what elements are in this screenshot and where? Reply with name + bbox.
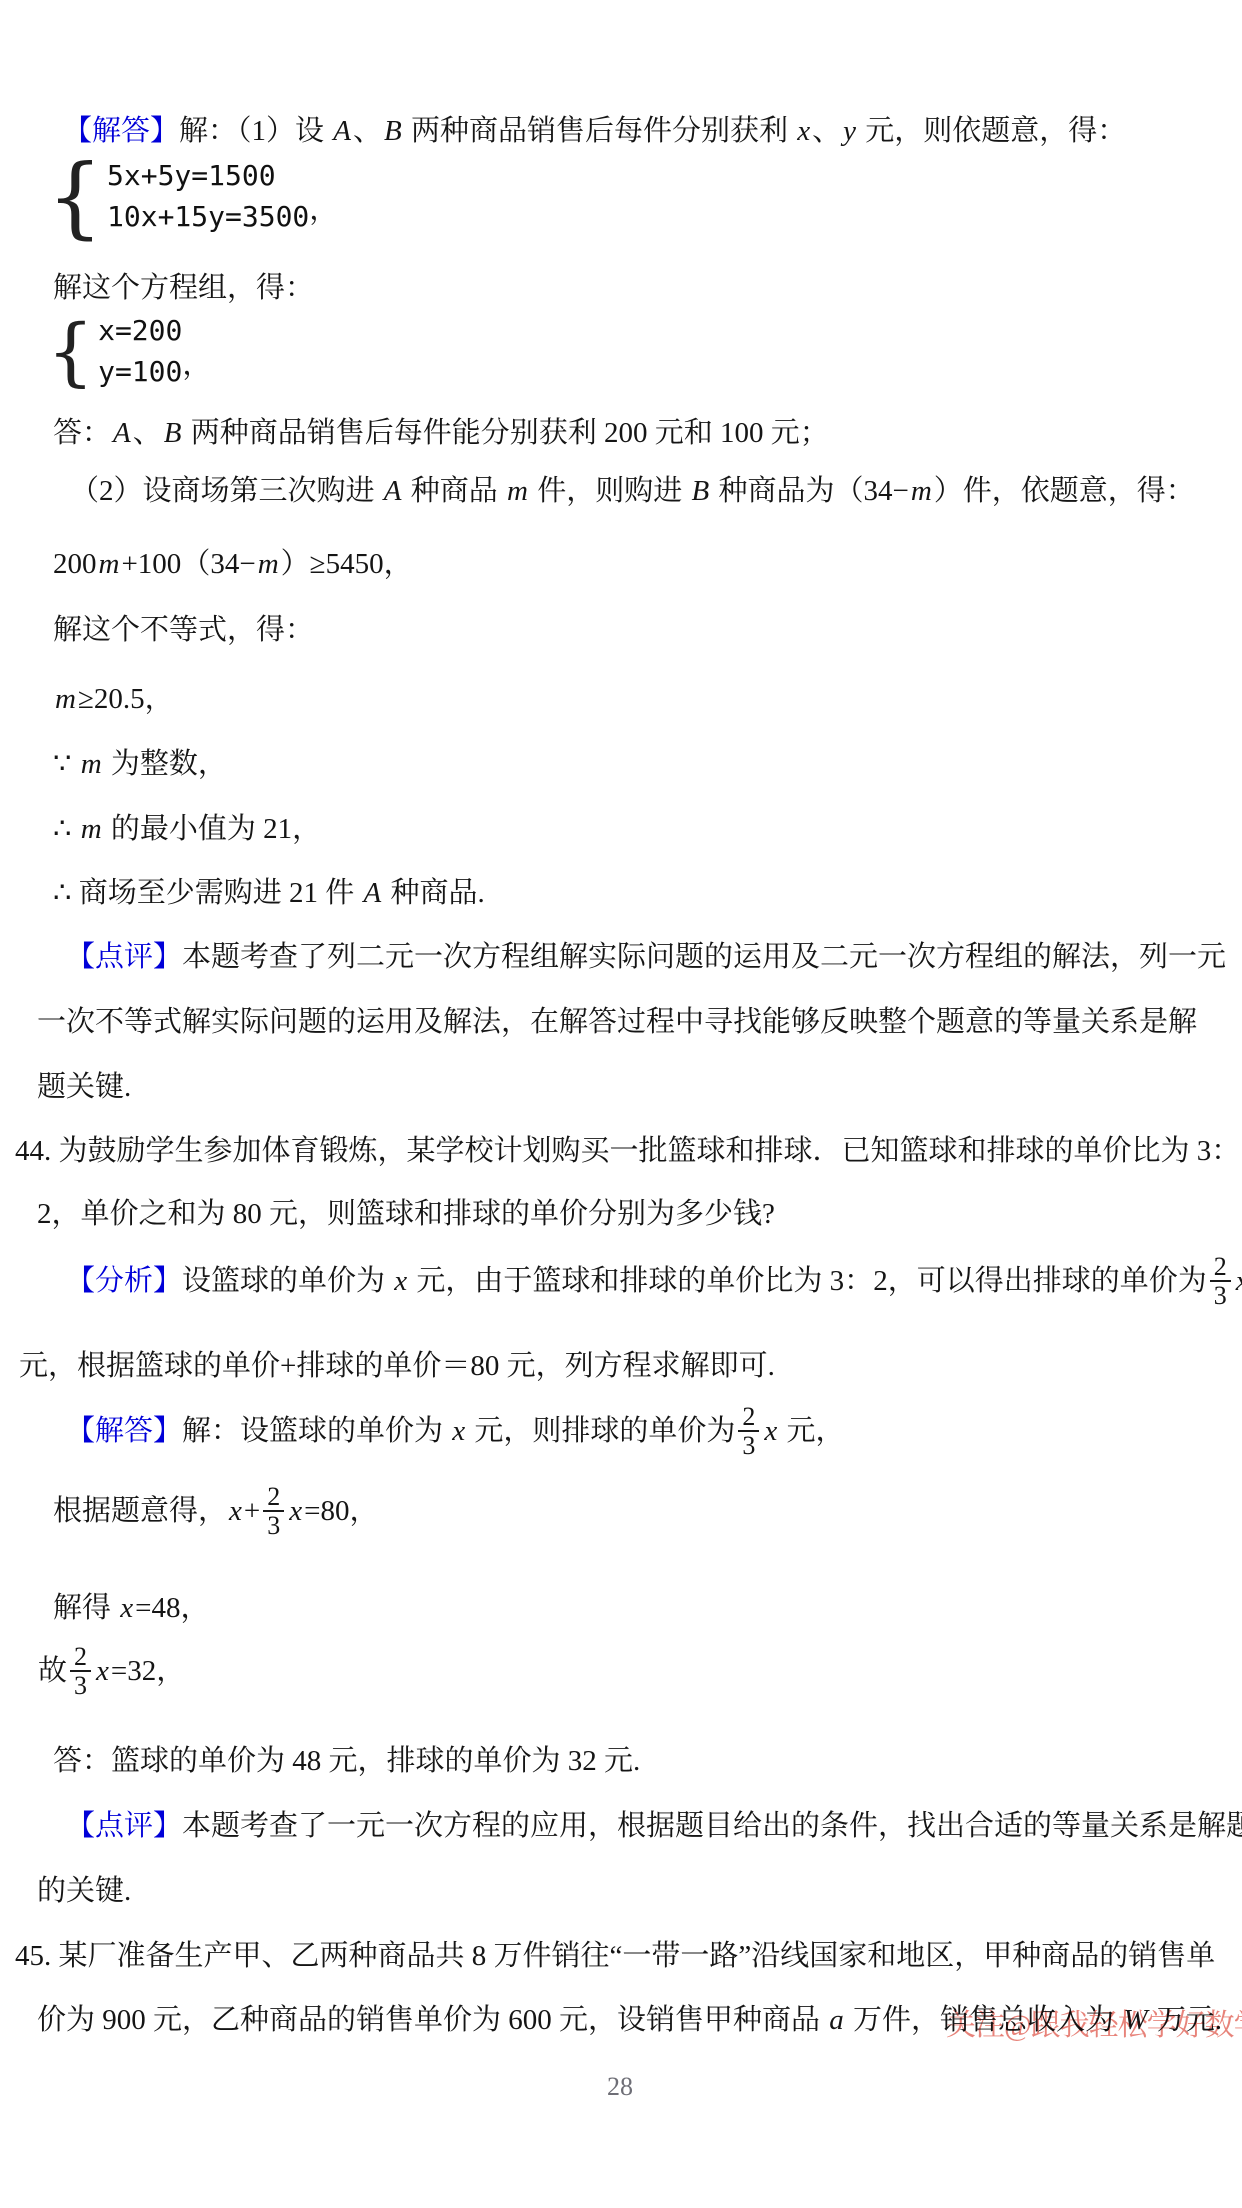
text-segment: 80 bbox=[470, 1348, 499, 1384]
doc-line-17: 2，单价之和为 80 元，则篮球和排球的单价分别为多少钱? bbox=[37, 1196, 775, 1232]
text-segment: ： bbox=[1211, 1133, 1240, 1169]
text-segment: 21 bbox=[263, 811, 292, 847]
text-segment: 本题考查了一元一次方程的应用，根据题目给出的条件，找出合适的等量关系是解题 bbox=[182, 1808, 1242, 1844]
text-segment: 32 bbox=[568, 1743, 597, 1779]
text-segment: 题关键. bbox=[37, 1069, 131, 1105]
math-variable: a bbox=[827, 2002, 846, 2038]
doc-line-18: 【分析】设篮球的单价为 x 元，由于篮球和排球的单价比为 3：2，可以得出排球的… bbox=[66, 1253, 1242, 1310]
section-label: 【点评】 bbox=[66, 939, 182, 975]
math-variable: x bbox=[94, 1653, 111, 1689]
math-variable: m bbox=[79, 746, 104, 782]
text-segment: 、 bbox=[133, 415, 162, 451]
text-segment: 21 bbox=[289, 875, 318, 911]
fraction: 23 bbox=[1210, 1253, 1231, 1310]
doc-line-2: {5x+5y=150010x+15y=3500， bbox=[47, 155, 338, 239]
system-tail: ， bbox=[182, 347, 211, 383]
text-segment: 34− bbox=[210, 546, 255, 582]
doc-line-25: 【点评】本题考查了一元一次方程的应用，根据题目给出的条件，找出合适的等量关系是解… bbox=[66, 1808, 1242, 1844]
text-segment: 元，则排球的单价为 bbox=[467, 1413, 735, 1449]
section-label: 【分析】 bbox=[66, 1263, 182, 1299]
text-segment: ） bbox=[281, 546, 310, 582]
text-segment: =32 bbox=[111, 1653, 156, 1689]
fraction-denominator: 3 bbox=[1210, 1280, 1231, 1309]
equation-row: y=100 bbox=[98, 356, 182, 388]
system-brace: { bbox=[47, 155, 103, 239]
text-segment: ，单价之和为 bbox=[52, 1196, 233, 1232]
text-segment: ≥5450 bbox=[310, 546, 384, 582]
text-segment: ∴ bbox=[53, 811, 79, 847]
text-segment: 2 bbox=[37, 1196, 52, 1232]
text-segment: 解：设篮球的单价为 bbox=[182, 1413, 450, 1449]
fraction: 23 bbox=[263, 1483, 284, 1540]
doc-line-14: 一次不等式解实际问题的运用及解法，在解答过程中寻找能够反映整个题意的等量关系是解 bbox=[37, 1004, 1197, 1040]
text-segment: 根据题意得， bbox=[53, 1493, 227, 1529]
text-segment: 两种商品销售后每件能分别获利 bbox=[183, 415, 604, 451]
text-segment: 万件销往“一带一路”沿线国家和地区，甲种商品的销售单 bbox=[486, 1938, 1215, 1974]
doc-line-19: 元，根据篮球的单价+排球的单价＝80 元，列方程求解即可. bbox=[19, 1348, 775, 1384]
text-segment: 元，根据篮球的单价+排球的单价＝ bbox=[19, 1348, 470, 1384]
text-segment: ≥20.5 bbox=[78, 681, 145, 717]
math-variable: x bbox=[1234, 1263, 1242, 1299]
text-segment: 元， bbox=[779, 1413, 844, 1449]
text-segment: 商场至少需购进 bbox=[79, 875, 289, 911]
text-segment: 3 bbox=[1197, 1133, 1212, 1169]
math-variable: x bbox=[118, 1590, 135, 1626]
math-variable: A bbox=[361, 875, 383, 911]
text-segment: 34− bbox=[863, 473, 908, 509]
text-segment: 元，由于篮球和排球的单价比为 bbox=[409, 1263, 830, 1299]
text-segment: +100 bbox=[121, 546, 181, 582]
equation-system: 5x+5y=150010x+15y=3500 bbox=[107, 160, 309, 233]
text-segment: 故 bbox=[38, 1653, 67, 1689]
text-segment: 答：篮球的单价为 bbox=[53, 1743, 292, 1779]
text-segment: 为鼓励学生参加体育锻炼，某学校计划购买一批篮球和排球．已知篮球和排球的单价比为 bbox=[59, 1133, 1197, 1169]
text-segment: 元； bbox=[764, 415, 829, 451]
doc-line-3: 解这个方程组，得： bbox=[53, 270, 314, 306]
text-segment: 200 bbox=[604, 415, 648, 451]
text-segment: 2 bbox=[873, 1263, 888, 1299]
doc-line-4: {x=200y=100， bbox=[47, 315, 211, 388]
text-segment: ， bbox=[156, 1653, 185, 1689]
math-variable: A bbox=[382, 473, 404, 509]
doc-line-9: m≥20.5， bbox=[53, 681, 174, 717]
text-segment: 件 bbox=[318, 875, 362, 911]
text-segment: 为整数， bbox=[104, 746, 227, 782]
text-segment: + bbox=[244, 1493, 260, 1529]
text-segment: 的最小值为 bbox=[104, 811, 264, 847]
text-segment: 本题考查了列二元一次方程组解实际问题的运用及二元一次方程组的解法，列一元 bbox=[182, 939, 1226, 975]
doc-line-27: 45. 某厂准备生产甲、乙两种商品共 8 万件销往“一带一路”沿线国家和地区，甲… bbox=[15, 1938, 1215, 1974]
math-variable: x bbox=[450, 1413, 467, 1449]
math-variable: m bbox=[256, 546, 281, 582]
document-page: 【解答】解：（1）设 A、B 两种商品销售后每件分别获利 x、y 元，则依题意，… bbox=[0, 0, 1242, 2208]
fraction-numerator: 2 bbox=[263, 1483, 284, 1510]
doc-line-6: （2）设商场第三次购进 A 种商品 m 件，则购进 B 种商品为（34−m）件，… bbox=[70, 473, 1195, 509]
text-segment: 元. bbox=[597, 1743, 641, 1779]
math-variable: A bbox=[111, 415, 133, 451]
equation-system: x=200y=100 bbox=[98, 315, 182, 388]
text-segment: 900 bbox=[102, 2002, 146, 2038]
text-segment: ∵ bbox=[53, 746, 79, 782]
math-variable: x bbox=[287, 1493, 304, 1529]
text-segment: 8 bbox=[472, 1938, 487, 1974]
section-label: 【解答】 bbox=[66, 1413, 182, 1449]
text-segment: 某厂准备生产甲、乙两种商品共 bbox=[59, 1938, 472, 1974]
fraction: 23 bbox=[70, 1643, 91, 1700]
text-segment: 元，设销售甲种商品 bbox=[552, 2002, 828, 2038]
text-segment: 答： bbox=[53, 415, 111, 451]
doc-line-5: 答：A、B 两种商品销售后每件能分别获利 200 元和 100 元； bbox=[53, 415, 829, 451]
text-segment: 元和 bbox=[647, 415, 720, 451]
text-segment: 48 bbox=[292, 1743, 321, 1779]
system-tail: ， bbox=[309, 192, 338, 228]
math-variable: A bbox=[331, 113, 353, 149]
section-label: 【点评】 bbox=[66, 1808, 182, 1844]
doc-line-1: 【解答】解：（1）设 A、B 两种商品销售后每件分别获利 x、y 元，则依题意，… bbox=[63, 113, 1126, 149]
text-segment: 种商品 bbox=[403, 473, 505, 509]
fraction-denominator: 3 bbox=[70, 1670, 91, 1699]
math-variable: m bbox=[97, 546, 122, 582]
doc-line-15: 题关键. bbox=[37, 1069, 131, 1105]
doc-line-22: 解得 x=48， bbox=[53, 1590, 210, 1626]
doc-line-21: 根据题意得，x+23x=80， bbox=[53, 1483, 379, 1540]
text-segment: ： bbox=[844, 1263, 873, 1299]
text-segment: ， bbox=[145, 681, 174, 717]
math-variable: x bbox=[392, 1263, 409, 1299]
equation-row: 5x+5y=1500 bbox=[107, 160, 309, 192]
doc-line-10: ∵ m 为整数， bbox=[53, 746, 227, 782]
text-segment: 600 bbox=[508, 2002, 552, 2038]
math-variable: m bbox=[79, 811, 104, 847]
fraction-numerator: 2 bbox=[738, 1403, 759, 1430]
doc-line-23: 故23x=32， bbox=[38, 1643, 185, 1700]
fraction: 23 bbox=[738, 1403, 759, 1460]
math-variable: m bbox=[505, 473, 530, 509]
text-segment: ， bbox=[384, 546, 413, 582]
system-brace: { bbox=[47, 317, 94, 387]
doc-line-11: ∴ m 的最小值为 21， bbox=[53, 811, 321, 847]
text-segment: 解得 bbox=[53, 1590, 118, 1626]
text-segment: ∴ bbox=[53, 875, 79, 911]
doc-line-8: 解这个不等式，得： bbox=[53, 612, 314, 648]
equation-row: 10x+15y=3500 bbox=[107, 201, 309, 233]
text-segment: 设篮球的单价为 bbox=[182, 1263, 392, 1299]
text-segment: ， bbox=[292, 811, 321, 847]
text-segment: ）件，依题意，得： bbox=[934, 473, 1195, 509]
text-segment: =80 bbox=[304, 1493, 349, 1529]
text-segment: ，可以得出排球的单价为 bbox=[888, 1263, 1207, 1299]
section-label: 【解答】 bbox=[63, 113, 179, 149]
equation-row: x=200 bbox=[98, 315, 182, 347]
math-variable: B bbox=[162, 415, 184, 451]
text-segment: 45. bbox=[15, 1938, 59, 1974]
doc-line-12: ∴ 商场至少需购进 21 件 A 种商品. bbox=[53, 875, 485, 911]
doc-line-20: 【解答】解：设篮球的单价为 x 元，则排球的单价为23x 元， bbox=[66, 1403, 845, 1460]
doc-line-13: 【点评】本题考查了列二元一次方程组解实际问题的运用及二元一次方程组的解法，列一元 bbox=[66, 939, 1226, 975]
text-segment: （ bbox=[181, 546, 210, 582]
math-variable: y bbox=[841, 113, 858, 149]
doc-line-7: 200m+100（34−m）≥5450， bbox=[53, 546, 413, 582]
math-variable: x bbox=[227, 1493, 244, 1529]
text-segment: 价为 bbox=[37, 2002, 102, 2038]
math-variable: x bbox=[762, 1413, 779, 1449]
text-segment: 80 bbox=[233, 1196, 262, 1232]
math-variable: m bbox=[909, 473, 934, 509]
text-segment: 、 bbox=[353, 113, 382, 149]
doc-line-26: 的关键. bbox=[37, 1873, 131, 1909]
text-segment: 100 bbox=[720, 415, 764, 451]
text-segment: 3 bbox=[830, 1263, 845, 1299]
text-segment: （2）设商场第三次购进 bbox=[70, 473, 382, 509]
doc-line-16: 44. 为鼓励学生参加体育锻炼，某学校计划购买一批篮球和排球．已知篮球和排球的单… bbox=[15, 1133, 1240, 1169]
text-segment: 44. bbox=[15, 1133, 59, 1169]
math-variable: m bbox=[53, 681, 78, 717]
text-segment: 解这个方程组，得： bbox=[53, 270, 314, 306]
text-segment: 元，则篮球和排球的单价分别为多少钱? bbox=[262, 1196, 775, 1232]
fraction-denominator: 3 bbox=[263, 1510, 284, 1539]
math-variable: B bbox=[382, 113, 404, 149]
text-segment: 两种商品销售后每件分别获利 bbox=[404, 113, 796, 149]
doc-line-24: 答：篮球的单价为 48 元，排球的单价为 32 元. bbox=[53, 1743, 640, 1779]
text-segment: 元，排球的单价为 bbox=[321, 1743, 568, 1779]
text-segment: 元，则依题意，得： bbox=[858, 113, 1126, 149]
fraction-numerator: 2 bbox=[70, 1643, 91, 1670]
text-segment: 、 bbox=[812, 113, 841, 149]
fraction-numerator: 2 bbox=[1210, 1253, 1231, 1280]
text-segment: 种商品为（ bbox=[711, 473, 863, 509]
text-segment: 一次不等式解实际问题的运用及解法，在解答过程中寻找能够反映整个题意的等量关系是解 bbox=[37, 1004, 1197, 1040]
text-segment: 元，乙种商品的销售单价为 bbox=[146, 2002, 509, 2038]
text-segment: 200 bbox=[53, 546, 97, 582]
text-segment: 的关键. bbox=[37, 1873, 131, 1909]
fraction-denominator: 3 bbox=[738, 1430, 759, 1459]
text-segment: ， bbox=[349, 1493, 378, 1529]
page-number: 28 bbox=[607, 2072, 633, 2102]
text-segment: 种商品. bbox=[383, 875, 485, 911]
text-segment: 解这个不等式，得： bbox=[53, 612, 314, 648]
math-variable: B bbox=[689, 473, 711, 509]
text-segment: 解：（1）设 bbox=[179, 113, 331, 149]
math-variable: x bbox=[795, 113, 812, 149]
text-segment: =48 bbox=[135, 1590, 180, 1626]
text-segment: ， bbox=[181, 1590, 210, 1626]
red-watermark: 关注@跟我轻松学好数学 bbox=[946, 2000, 1242, 2044]
text-segment: 元，列方程求解即可. bbox=[499, 1348, 775, 1384]
text-segment: 件，则购进 bbox=[530, 473, 690, 509]
